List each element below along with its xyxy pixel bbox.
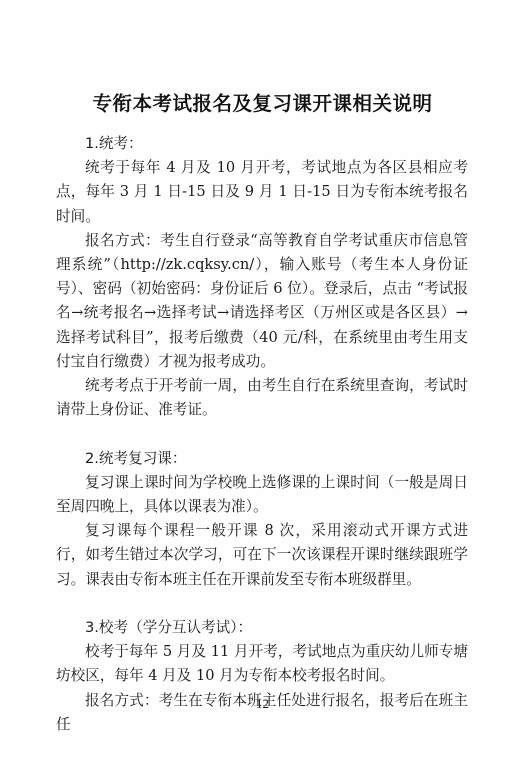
- section-heading: 2.统考复习课：: [56, 447, 468, 471]
- paragraph: 统考考点于开考前一周，由考生自行在系统里查询，考试时请带上身份证、准考证。: [56, 374, 468, 422]
- paragraph: 复习课每个课程一般开课 8 次，采用滚动式开课方式进行，如考生错过本次学习，可在…: [56, 519, 468, 592]
- document-page: 专衔本考试报名及复习课开课相关说明 1.统考： 统考于每年 4 月及 10 月开…: [0, 0, 525, 763]
- paragraph: 统考于每年 4 月及 10 月开考，考试地点为各区县相应考点，每年 3 月 1 …: [56, 156, 468, 229]
- section-heading: 3.校考（学分互认考试）：: [56, 616, 468, 640]
- paragraph: 复习课上课时间为学校晚上选修课的上课时间（一般是周日至周四晚上，具体以课表为准）…: [56, 471, 468, 519]
- document-body: 1.统考： 统考于每年 4 月及 10 月开考，考试地点为各区县相应考点，每年 …: [56, 132, 468, 737]
- section-heading: 1.统考：: [56, 132, 468, 156]
- section-spacer: [56, 592, 468, 616]
- section-unified-exam: 1.统考： 统考于每年 4 月及 10 月开考，考试地点为各区县相应考点，每年 …: [56, 132, 468, 422]
- paragraph: 校考于每年 5 月及 11 月开考，考试地点为重庆幼儿师专塘坊校区，每年 4 月…: [56, 640, 468, 688]
- document-title: 专衔本考试报名及复习课开课相关说明: [0, 88, 525, 116]
- section-school-exam: 3.校考（学分互认考试）： 校考于每年 5 月及 11 月开考，考试地点为重庆幼…: [56, 616, 468, 737]
- section-spacer: [56, 422, 468, 446]
- section-review-course: 2.统考复习课： 复习课上课时间为学校晚上选修课的上课时间（一般是周日至周四晚上…: [56, 447, 468, 592]
- page-number: 12: [0, 696, 525, 712]
- paragraph: 报名方式：考生自行登录“高等教育自学考试重庆市信息管理系统”（http://zk…: [56, 229, 468, 374]
